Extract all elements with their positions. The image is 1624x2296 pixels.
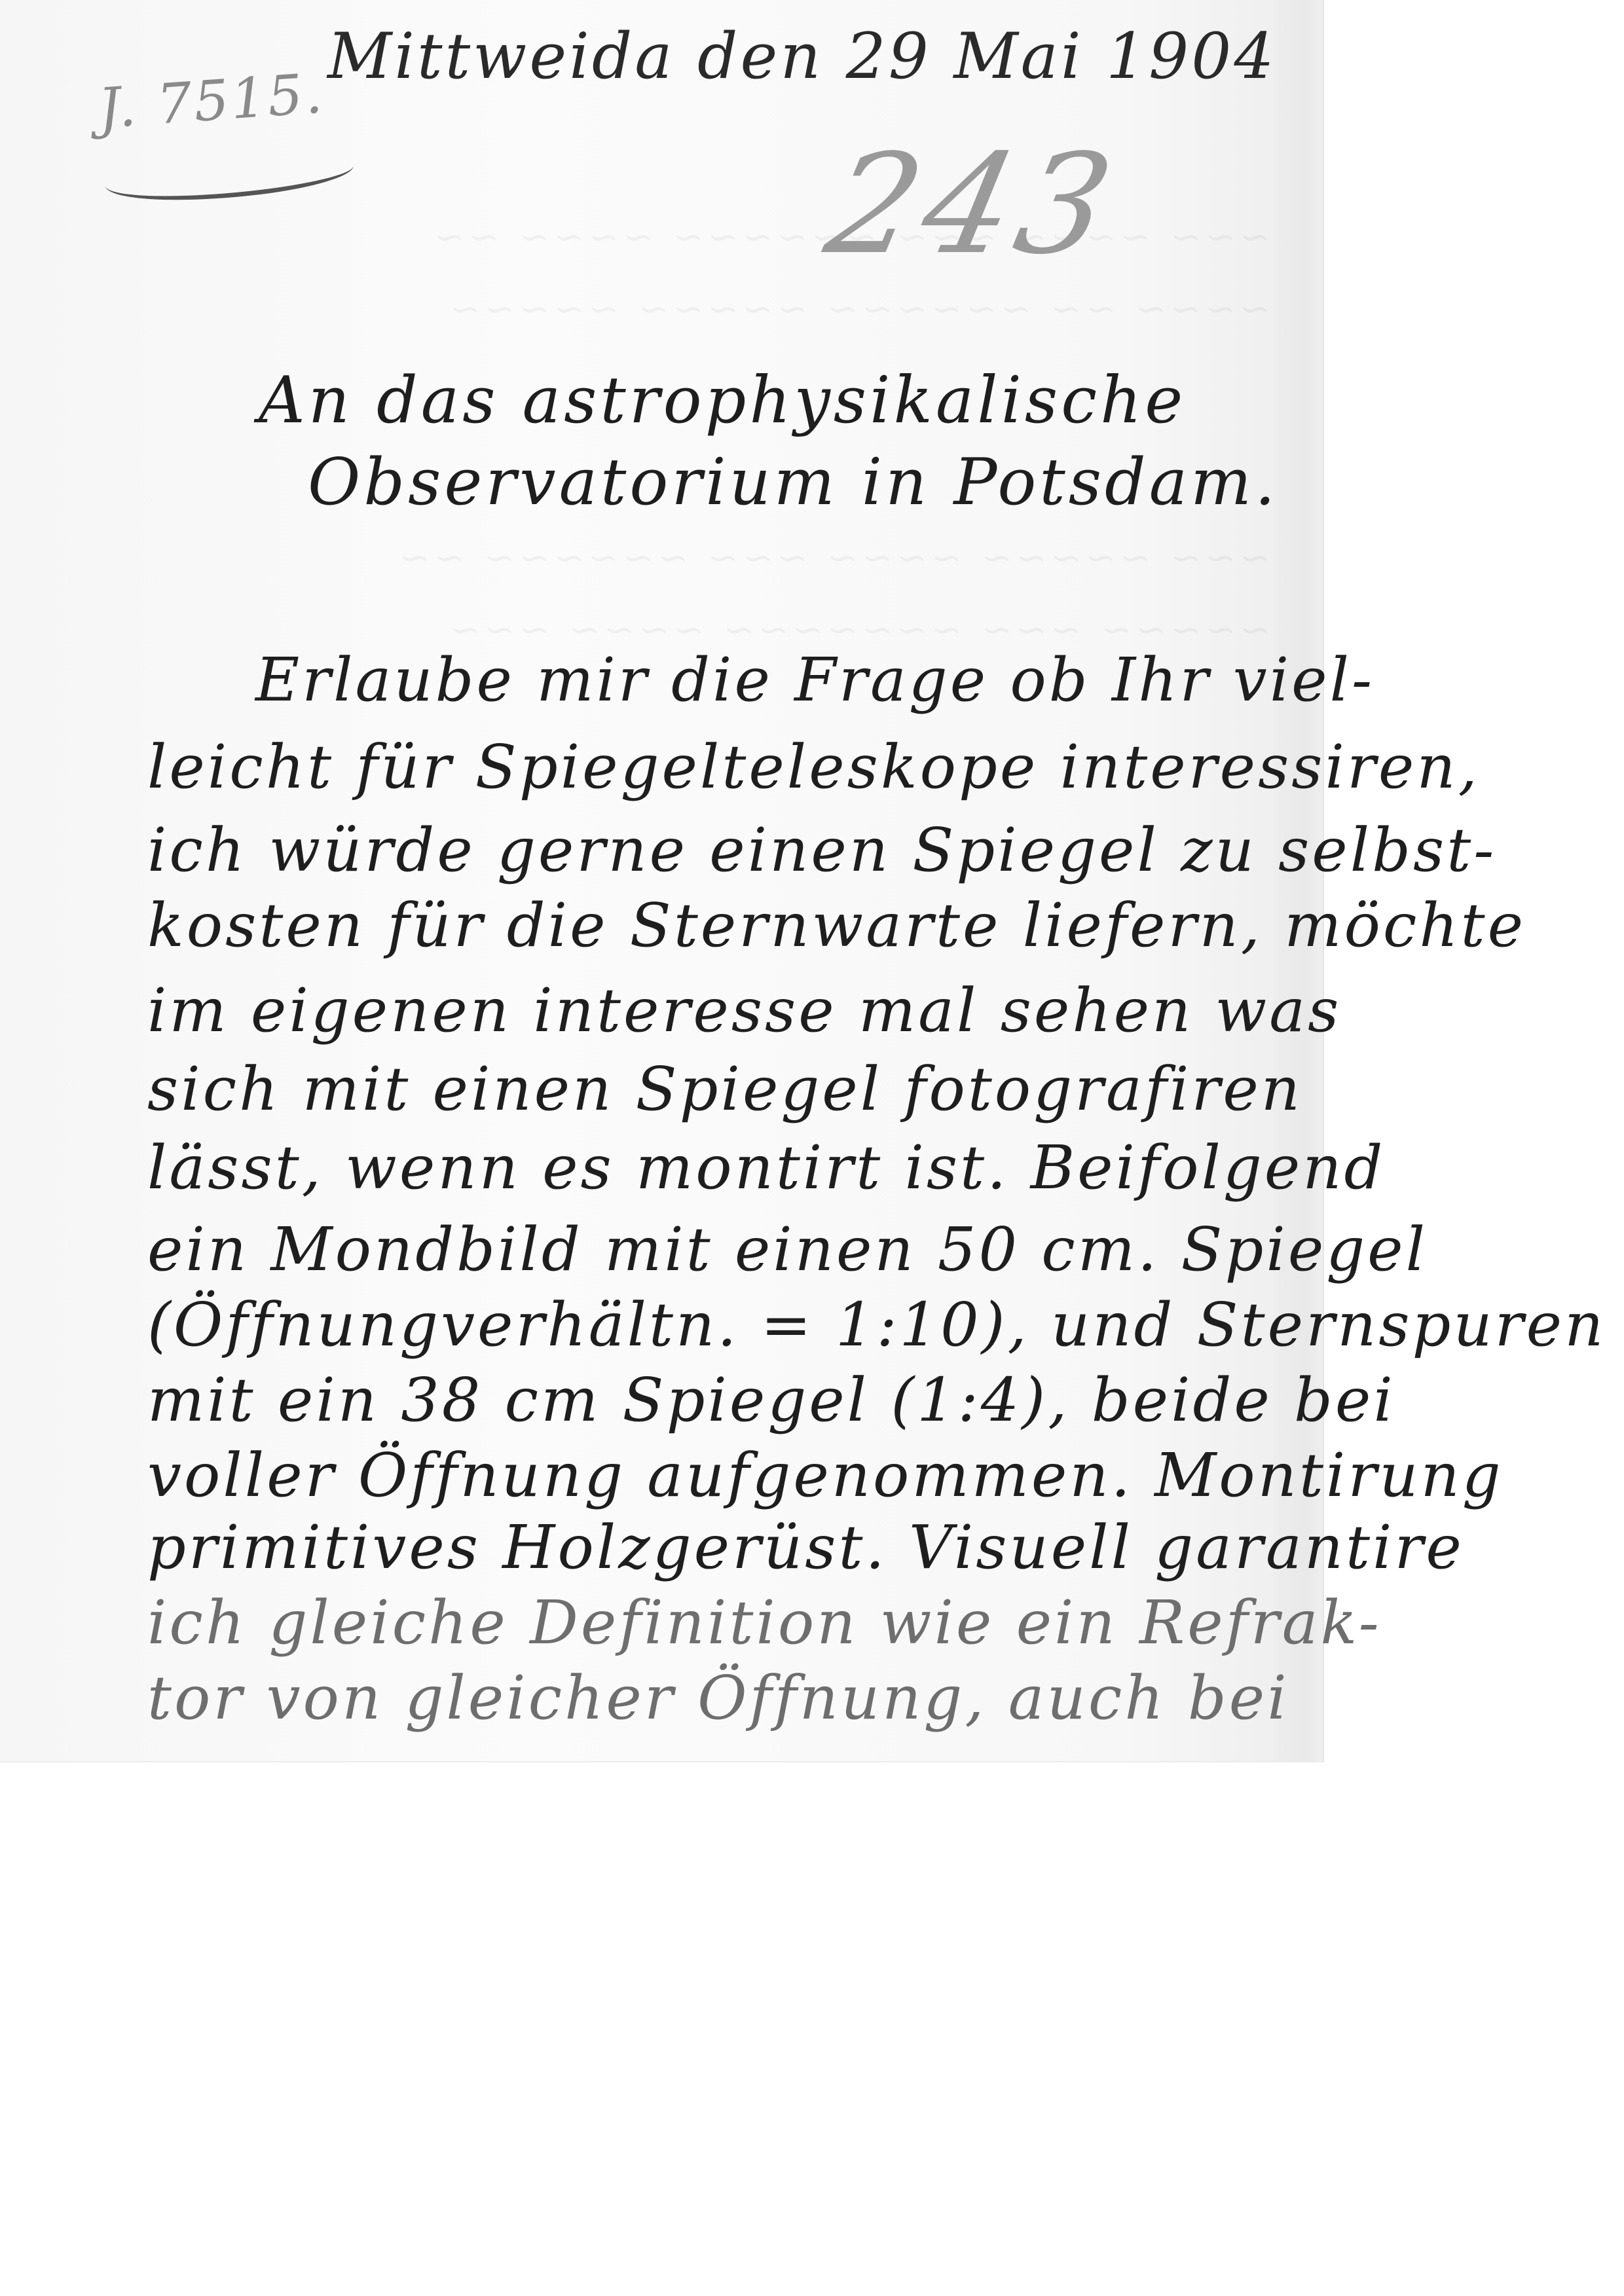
folio-number: 243: [815, 124, 1131, 285]
body-line: ein Mondbild mit einen 50 cm. Spiegel: [147, 1214, 1287, 1285]
body-line: ich würde gerne einen Spiegel zu selbst-: [147, 815, 1287, 885]
address-line: An das astrophysikalische: [259, 363, 1186, 438]
body-line: lässt, wenn es montirt ist. Beifolgend: [147, 1133, 1287, 1203]
body-line: (Öffnungverhältn. = 1:10), und Sternspur…: [147, 1290, 1287, 1360]
body-line: tor von gleicher Öffnung, auch bei: [147, 1663, 1287, 1733]
place-date: Mittweida den 29 Mai 1904: [327, 20, 1276, 93]
body-line: leicht für Spiegelteleskope interessiren…: [147, 732, 1287, 802]
body-line: voller Öffnung aufgenommen. Montirung: [147, 1440, 1287, 1510]
archive-mark-underline: [103, 141, 356, 210]
body-line: Erlaube mir die Frage ob Ihr viel-: [255, 645, 1287, 715]
archive-mark: J. 7515.: [96, 61, 326, 141]
body-line: im eigenen interesse mal sehen was: [147, 975, 1287, 1046]
body-line: ich gleiche Definition wie ein Refrak-: [147, 1588, 1287, 1658]
body-line: kosten für die Sternwarte liefern, möcht…: [147, 890, 1287, 960]
address-line: Observatorium in Potsdam.: [308, 445, 1278, 520]
show-through-text: ~~~ ~~~~~ ~~~~ ~~~ ~~~~~~ ~~: [131, 537, 1270, 583]
body-line: primitives Holzgerüst. Visuell garantire: [147, 1512, 1287, 1582]
letter-sheet: ~~~ ~~~~ ~~~ ~~~~~~ ~~~~ ~~ ~~~~ ~~ ~~~~…: [0, 0, 1324, 1762]
show-through-text: ~~~~ ~~ ~~~~~~ ~~~~~ ~~~~~: [131, 288, 1270, 334]
body-line: mit ein 38 cm Spiegel (1:4), beide bei: [147, 1365, 1287, 1435]
body-line: sich mit einen Spiegel fotografiren: [147, 1054, 1287, 1124]
